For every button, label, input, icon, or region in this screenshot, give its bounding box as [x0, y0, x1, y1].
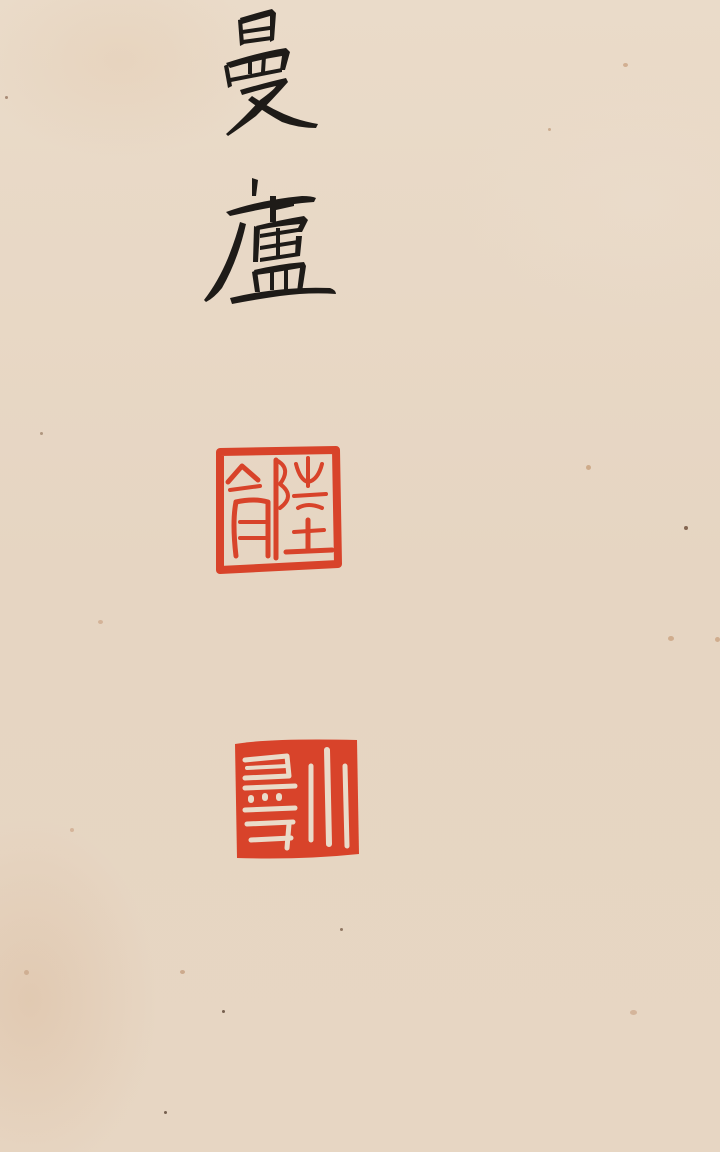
foxing-spot [5, 96, 8, 99]
foxing-spot [630, 1010, 637, 1015]
seal-red-characters-icon [214, 446, 342, 574]
foxing-spot [684, 526, 688, 530]
foxing-spot [548, 128, 551, 131]
foxing-spot [70, 828, 74, 832]
foxing-spot [668, 636, 674, 641]
foxing-spot [180, 970, 185, 974]
foxing-spot [222, 1010, 225, 1013]
foxing-spot [340, 928, 343, 931]
paper-background [0, 0, 720, 1152]
seal-white-characters-icon [231, 736, 361, 862]
foxing-spot [715, 637, 720, 642]
seal-stamp-upper: 陸□ [214, 446, 342, 574]
seal-stamp-lower: 小曼 [231, 736, 361, 862]
foxing-spot [586, 465, 591, 470]
foxing-spot [164, 1111, 167, 1114]
calligraphy-inscription: 曼盧 [190, 0, 350, 320]
foxing-spot [40, 432, 43, 435]
foxing-spot [24, 970, 29, 975]
foxing-spot [623, 63, 628, 67]
calligraphy-strokes-icon [190, 0, 350, 320]
foxing-spot [98, 620, 103, 624]
